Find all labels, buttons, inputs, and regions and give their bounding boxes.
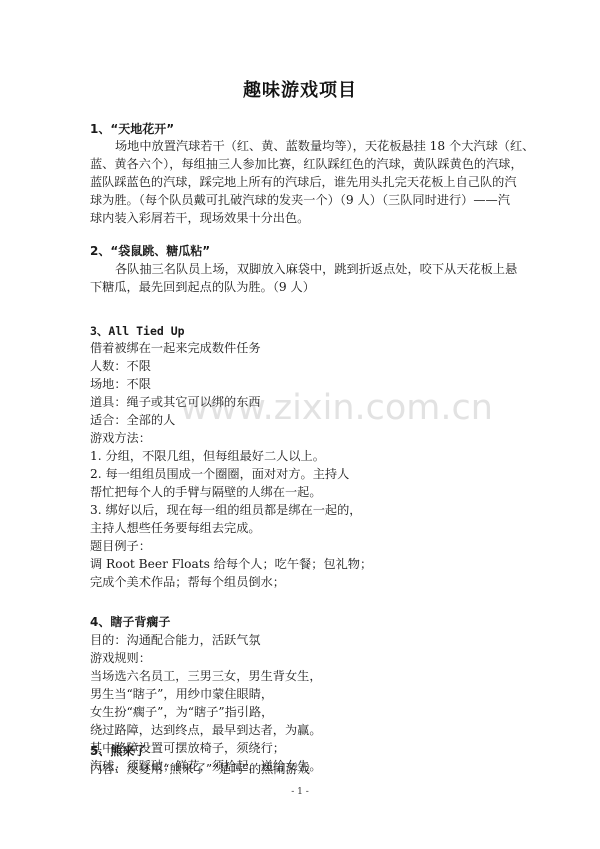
section-4-heading: 4、瞎子背瘸子: [90, 613, 170, 631]
section-3-line: 帮忙把每个人的手臂与隔壁的人绑在一起。: [90, 483, 322, 501]
section-3-line: 主持人想些任务要每组去完成。: [90, 519, 261, 537]
section-2-line: 各队抽三名队员上场，双脚放入麻袋中，跳到折返点处，咬下从天花板上悬: [115, 260, 517, 278]
section-4-line: 男生当“瞎子”，用纱巾蒙住眼睛，: [90, 685, 273, 703]
section-1-line: 场地中放置汽球若干（红、黄、蓝数量均等），天花板悬挂 18 个大汽球（红、: [115, 137, 534, 155]
section-4-line: 绕过路障，达到终点，最早到达者，为赢。: [90, 721, 322, 739]
section-3-line: 人数：不限: [90, 357, 151, 375]
section-3-line: 游戏方法：: [90, 429, 151, 447]
section-1-line: 球为胜。（每个队员戴可扎破汽球的发夹一个）（9 人）（三队同时进行）——汽: [90, 191, 510, 209]
section-1-heading: 1、“天地花开”: [90, 120, 174, 138]
section-2-line: 下糖瓜，最先回到起点的队为胜。（9 人）: [90, 278, 315, 296]
section-3-heading: 3、All Tied Up: [90, 322, 185, 340]
section-5-heading: 5、熊来了: [90, 742, 146, 760]
section-2-heading: 2、“袋鼠跳、糖瓜粘”: [90, 242, 210, 260]
section-4-line: 当场选六名员工，三男三女，男生背女生，: [90, 667, 322, 685]
document-page: 趣味游戏项目 1、“天地花开” 场地中放置汽球若干（红、黄、蓝数量均等），天花板…: [0, 0, 600, 849]
section-3-line: 1. 分组，不限几组，但每组最好二人以上。: [90, 447, 325, 465]
section-3-line: 调 Root Beer Floats 给每个人；吃午餐；包礼物；: [90, 555, 372, 573]
section-1-line: 蓝、黄各六个），每组抽三人参加比赛，红队踩红色的汽球，黄队踩黄色的汽球，: [90, 155, 523, 173]
section-3-line: 2. 每一组组员围成一个圈圈，面对对方。主持人: [90, 465, 349, 483]
section-3-line: 题目例子：: [90, 537, 151, 555]
page-number: - 1 -: [0, 787, 600, 797]
watermark: www.zixin.com.cn: [180, 388, 493, 428]
section-3-line: 完成个美术作品；帮每个组员倒水；: [90, 573, 285, 591]
section-3-line: 借着被绑在一起来完成数件任务: [90, 339, 261, 357]
section-4-line: 游戏规则：: [90, 649, 151, 667]
page-title: 趣味游戏项目: [0, 76, 600, 102]
section-4-line: 目的：沟通配合能力，活跃气氛: [90, 631, 261, 649]
section-3-line: 3. 绑好以后，现在每一组的组员都是绑在一起的，: [90, 501, 361, 519]
section-1-line: 球内装入彩屑若干，现场效果十分出色。: [90, 209, 309, 227]
section-3-line: 适合：全部的人: [90, 411, 175, 429]
section-1-line: 蓝队踩蓝色的汽球，踩完地上所有的汽球后，谁先用头扎完天花板上自己队的汽: [90, 173, 517, 191]
section-4-line: 女生扮“瘸子”，为“瞎子”指引路，: [90, 703, 273, 721]
section-3-line: 场地：不限: [90, 375, 151, 393]
section-5-line: 内容：反复用“熊来了”“是吗”的热闹游戏: [90, 760, 310, 778]
